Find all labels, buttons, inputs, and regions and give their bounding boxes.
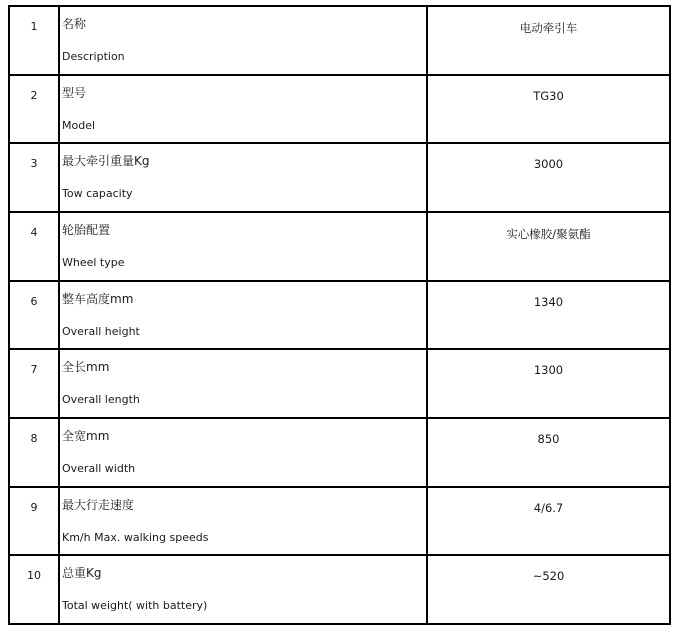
spec-label-cell: 名称 Description	[58, 7, 426, 74]
spec-label-cn: 轮胎配置	[62, 223, 422, 237]
table-row: 9 最大行走速度 Km/h Max. walking speeds 4/6.7	[10, 486, 669, 555]
spec-label-cn: 全宽mm	[62, 429, 422, 443]
spec-label-cn: 最大行走速度	[62, 498, 422, 512]
spec-label-en: Tow capacity	[62, 187, 422, 201]
row-number: 9	[10, 488, 58, 555]
table-row: 8 全宽mm Overall width 850	[10, 417, 669, 486]
spec-label-cn: 名称	[62, 17, 422, 31]
table-row: 10 总重Kg Total weight( with battery) ~520	[10, 554, 669, 623]
spec-label-cell: 整车高度mm Overall height	[58, 282, 426, 349]
table-row: 4 轮胎配置 Wheel type 实心橡胶/聚氨酯	[10, 211, 669, 280]
spec-label-en: Overall length	[62, 393, 422, 407]
row-number: 6	[10, 282, 58, 349]
spec-label-en: Wheel type	[62, 256, 422, 270]
spec-value: 实心橡胶/聚氨酯	[426, 213, 669, 280]
spec-value: ~520	[426, 556, 669, 623]
spec-value: 4/6.7	[426, 488, 669, 555]
spec-value: 3000	[426, 144, 669, 211]
page: 1 名称 Description 电动牵引车 2 型号 Model TG30 3…	[0, 0, 680, 640]
spec-label-cn: 型号	[62, 86, 422, 100]
spec-label-en: Km/h Max. walking speeds	[62, 531, 422, 545]
spec-value: 电动牵引车	[426, 7, 669, 74]
spec-label-cell: 最大牵引重量Kg Tow capacity	[58, 144, 426, 211]
spec-label-cell: 全长mm Overall length	[58, 350, 426, 417]
row-number: 3	[10, 144, 58, 211]
row-number: 7	[10, 350, 58, 417]
table-row: 2 型号 Model TG30	[10, 74, 669, 143]
spec-value: 1340	[426, 282, 669, 349]
spec-value: 850	[426, 419, 669, 486]
spec-label-cell: 型号 Model	[58, 76, 426, 143]
spec-label-en: Overall height	[62, 325, 422, 339]
row-number: 2	[10, 76, 58, 143]
row-number: 4	[10, 213, 58, 280]
spec-label-cell: 最大行走速度 Km/h Max. walking speeds	[58, 488, 426, 555]
row-number: 8	[10, 419, 58, 486]
spec-label-en: Total weight( with battery)	[62, 599, 422, 613]
spec-label-cn: 整车高度mm	[62, 292, 422, 306]
specification-table: 1 名称 Description 电动牵引车 2 型号 Model TG30 3…	[8, 5, 671, 625]
spec-label-en: Description	[62, 50, 422, 64]
row-number: 10	[10, 556, 58, 623]
spec-value: 1300	[426, 350, 669, 417]
spec-label-en: Model	[62, 119, 422, 133]
table-row: 7 全长mm Overall length 1300	[10, 348, 669, 417]
table-row: 6 整车高度mm Overall height 1340	[10, 280, 669, 349]
row-number: 1	[10, 7, 58, 74]
spec-label-en: Overall width	[62, 462, 422, 476]
spec-value: TG30	[426, 76, 669, 143]
spec-label-cell: 全宽mm Overall width	[58, 419, 426, 486]
spec-label-cn: 最大牵引重量Kg	[62, 154, 422, 168]
table-row: 3 最大牵引重量Kg Tow capacity 3000	[10, 142, 669, 211]
spec-label-cn: 总重Kg	[62, 566, 422, 580]
spec-label-cn: 全长mm	[62, 360, 422, 374]
spec-label-cell: 轮胎配置 Wheel type	[58, 213, 426, 280]
spec-label-cell: 总重Kg Total weight( with battery)	[58, 556, 426, 623]
table-row: 1 名称 Description 电动牵引车	[10, 7, 669, 74]
